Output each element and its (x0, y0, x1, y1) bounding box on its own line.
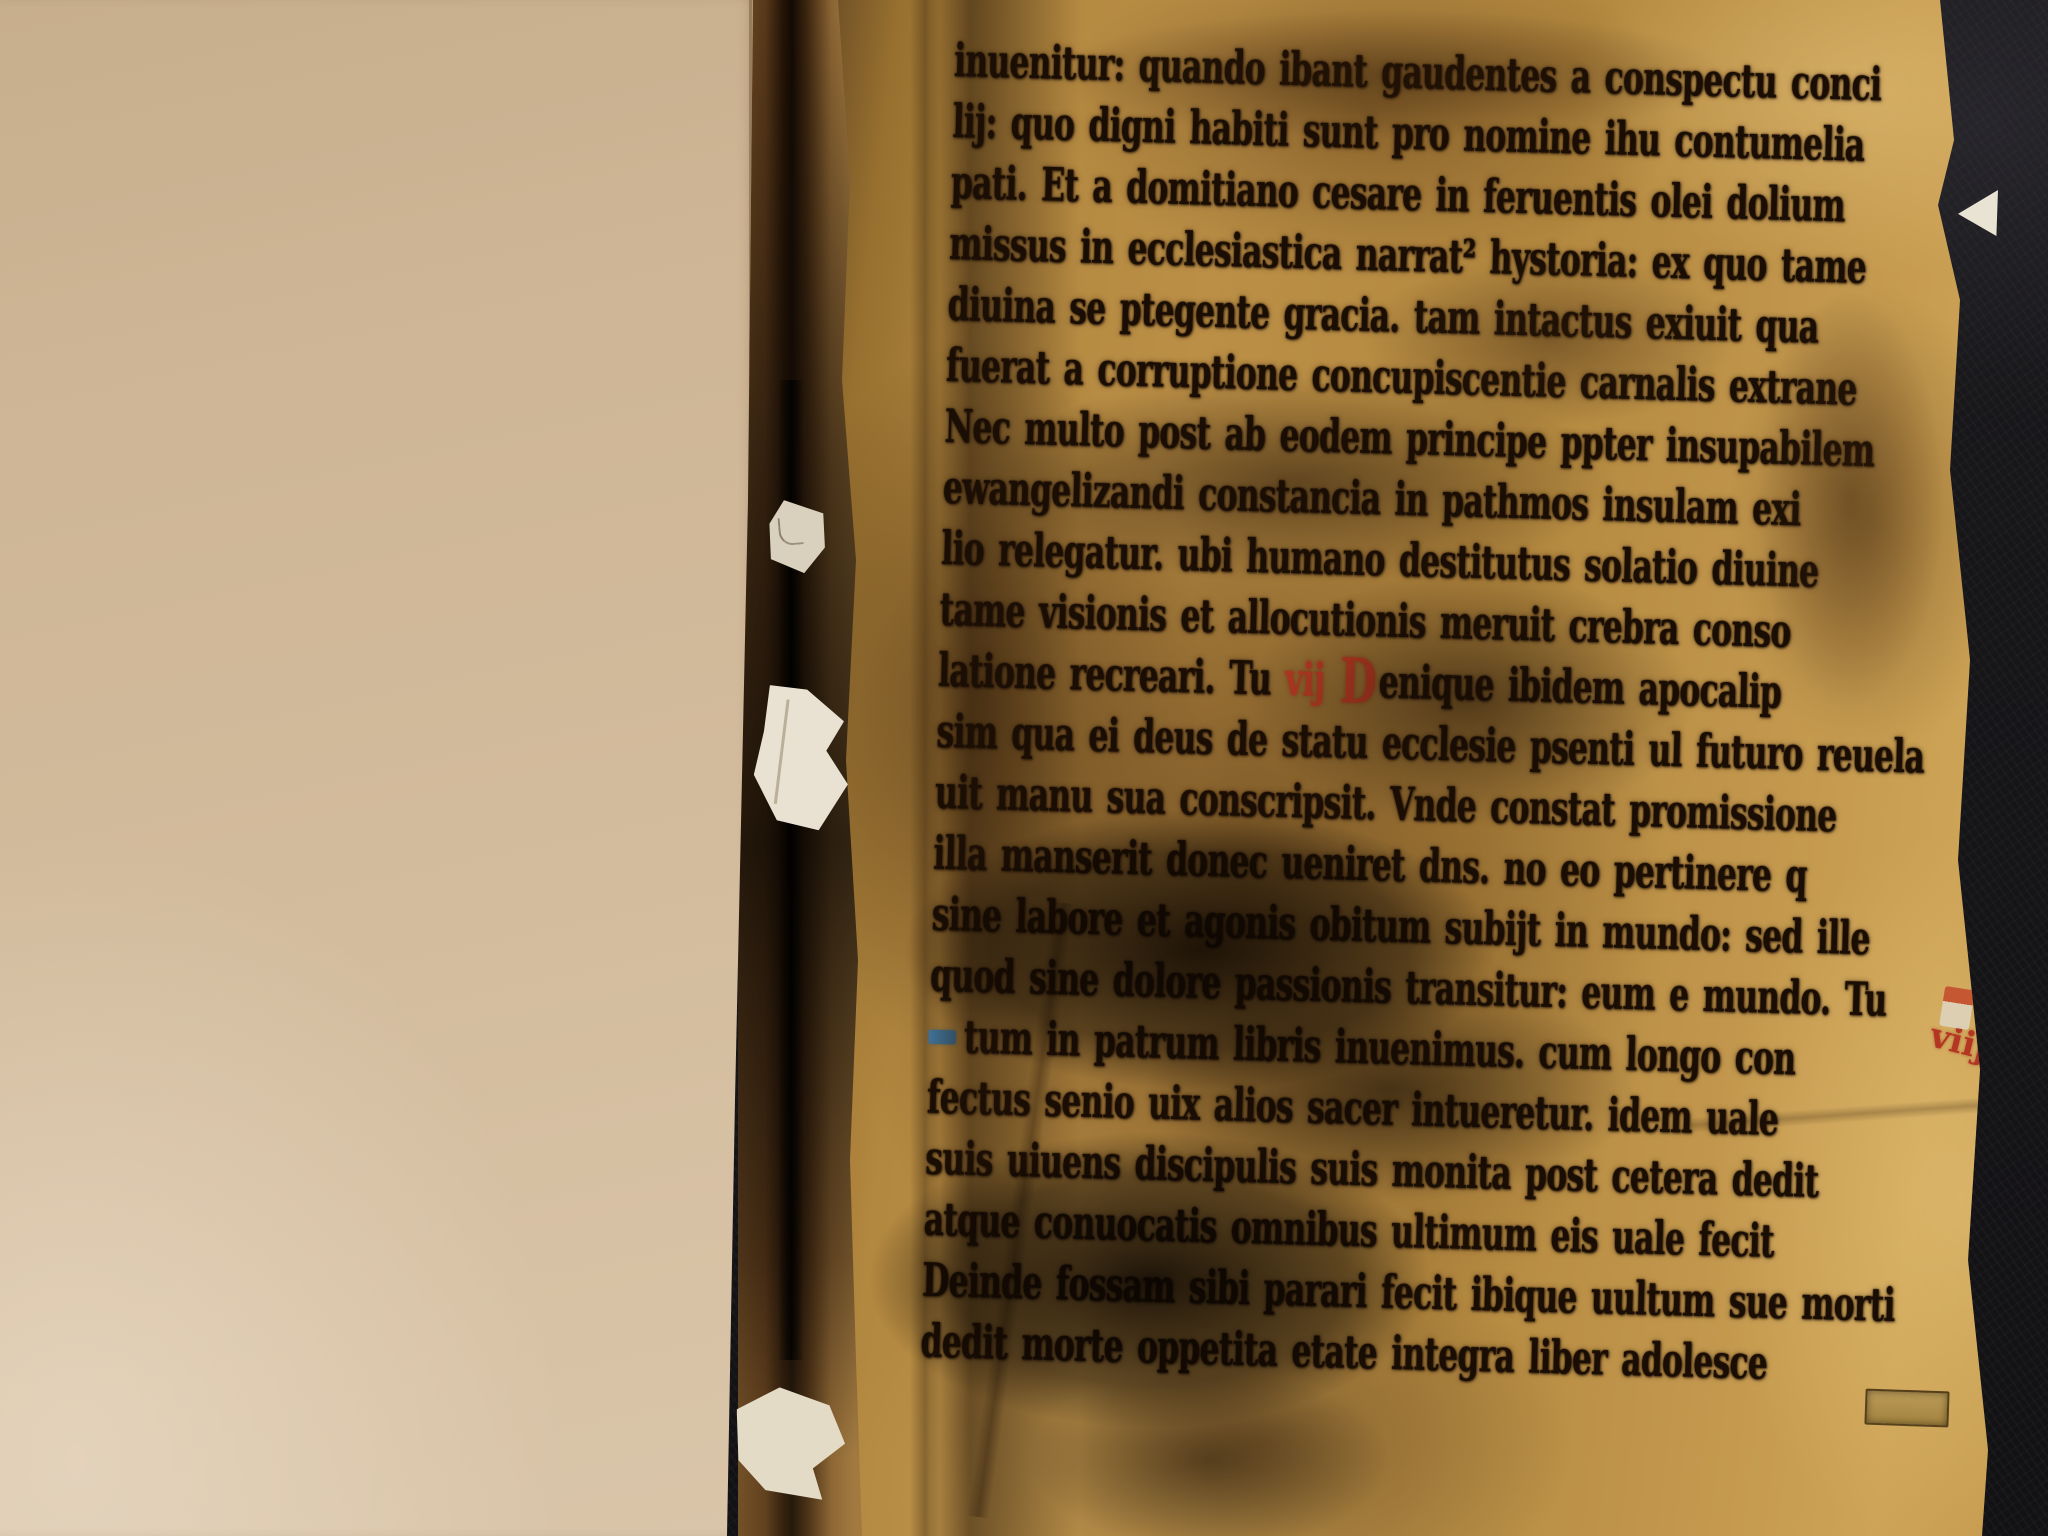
red-chapter-numeral: vij (1285, 652, 1340, 707)
red-lombard-initial: D (1339, 644, 1377, 718)
blank-flyleaf-page (0, 0, 755, 1536)
fore-edge-red-patch (1939, 986, 1975, 1030)
photo-scene: inuenitur: quando ibant gaudentes a cons… (0, 0, 2048, 1536)
line-text: enique ibidem apocalip (1378, 654, 1782, 719)
parchment-page: inuenitur: quando ibant gaudentes a cons… (830, 0, 2010, 1536)
manuscript-text-block: inuenitur: quando ibant gaudentes a cons… (920, 30, 1895, 1396)
line-text: latione recreari. Tu (938, 643, 1286, 706)
repair-tag (1864, 1389, 1949, 1428)
blue-paraph-mark (928, 1030, 956, 1045)
